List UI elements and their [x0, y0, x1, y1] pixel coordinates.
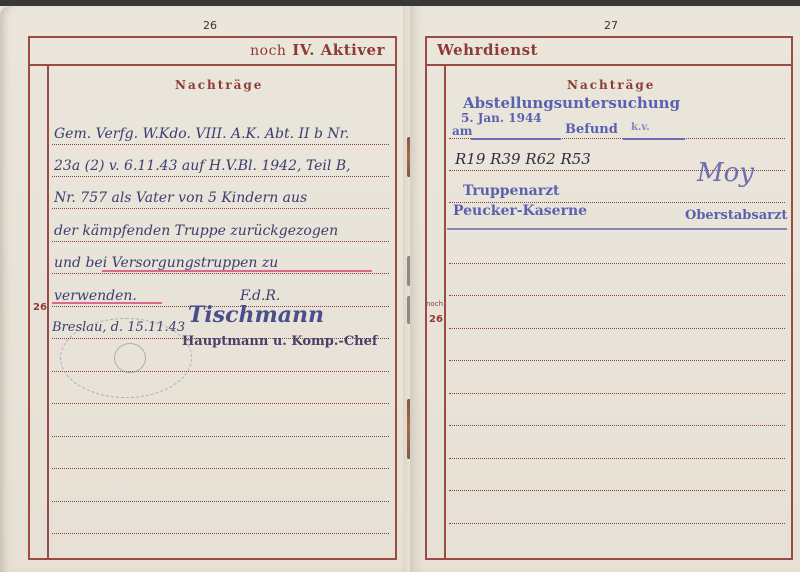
section-title-right: Nachträge — [567, 78, 655, 92]
right-margin-line — [444, 64, 446, 558]
right-frame: Wehrdienst Nachträge noch 26 Abstellungs… — [425, 36, 793, 560]
stamp-date: 5. Jan. 1944 — [461, 111, 542, 125]
page-number-right: 27 — [604, 19, 618, 32]
rule-line — [52, 176, 389, 177]
right-header-title: Wehrdienst — [437, 41, 538, 59]
rule-line — [52, 403, 389, 404]
pink-underline — [102, 270, 372, 272]
stamp-unit-2: Peucker-Kaserne — [453, 203, 587, 219]
right-page: 27 Wehrdienst Nachträge noch 26 Abstellu… — [410, 6, 800, 572]
page-number-left: 26 — [203, 19, 217, 32]
handwritten-codes: R19 R39 R62 R53 — [455, 150, 591, 168]
rule-line — [52, 241, 389, 242]
rule-line — [449, 393, 785, 394]
left-header: noch IV. Aktiver — [30, 38, 395, 66]
stamp-date-label: am — [452, 124, 472, 138]
stamp-bottom-line — [447, 228, 787, 230]
margin-label-noch: noch — [426, 300, 443, 308]
rule-line — [52, 273, 389, 274]
left-margin-line — [47, 64, 49, 558]
stamp-result-label: Befund — [565, 122, 618, 137]
header-prefix: noch — [250, 43, 286, 59]
rule-line — [449, 490, 785, 491]
rule-line — [52, 533, 389, 534]
rule-line — [52, 144, 389, 145]
margin-number-right: 26 — [429, 314, 443, 325]
rule-line — [52, 436, 389, 437]
margin-number-left: 26 — [33, 302, 47, 313]
handwritten-line-1: Gem. Verfg. W.Kdo. VIII. A.K. Abt. II b … — [54, 126, 349, 142]
right-header: Wehrdienst — [427, 38, 791, 66]
section-title-left: Nachträge — [175, 78, 263, 92]
rule-line — [449, 458, 785, 459]
pink-underline — [52, 302, 162, 304]
header-title: IV. Aktiver — [292, 41, 385, 59]
stamp-result-value: k.v. — [631, 122, 650, 133]
handwritten-line-3: Nr. 757 als Vater von 5 Kindern aus — [54, 190, 307, 206]
stamp-unit-1: Truppenarzt — [463, 183, 559, 199]
wehrpass-spread: 26 noch IV. Aktiver Nachträge — [0, 6, 800, 572]
left-page: 26 noch IV. Aktiver Nachträge — [0, 6, 410, 572]
left-header-title: noch IV. Aktiver — [250, 41, 385, 59]
rule-line — [52, 468, 389, 469]
signature-title-left: Hauptmann u. Komp.-Chef — [182, 334, 377, 349]
signature-right: Moy — [697, 158, 754, 188]
rule-line — [449, 425, 785, 426]
left-frame: noch IV. Aktiver Nachträge 26 Gem. Verfg… — [28, 36, 397, 560]
rule-line — [449, 263, 785, 264]
signature-title-right: Oberstabsarzt — [685, 208, 787, 223]
rule-line — [449, 328, 785, 329]
date-underline — [471, 138, 561, 140]
handwritten-line-5: und bei Versorgungstruppen zu — [54, 255, 278, 271]
result-underline — [623, 138, 685, 140]
handwritten-line-2: 23a (2) v. 6.11.43 auf H.V.Bl. 1942, Tei… — [54, 158, 351, 174]
signature-left: Tischmann — [188, 302, 324, 328]
handwritten-line-4: der kämpfenden Truppe zurückgezogen — [54, 223, 338, 239]
rule-line — [52, 501, 389, 502]
rule-line — [449, 360, 785, 361]
eagle-emblem-icon — [114, 343, 146, 373]
rule-line — [449, 295, 785, 296]
rule-line — [449, 523, 785, 524]
stamp-title: Abstellungsuntersuchung — [463, 94, 680, 112]
rule-line — [52, 208, 389, 209]
